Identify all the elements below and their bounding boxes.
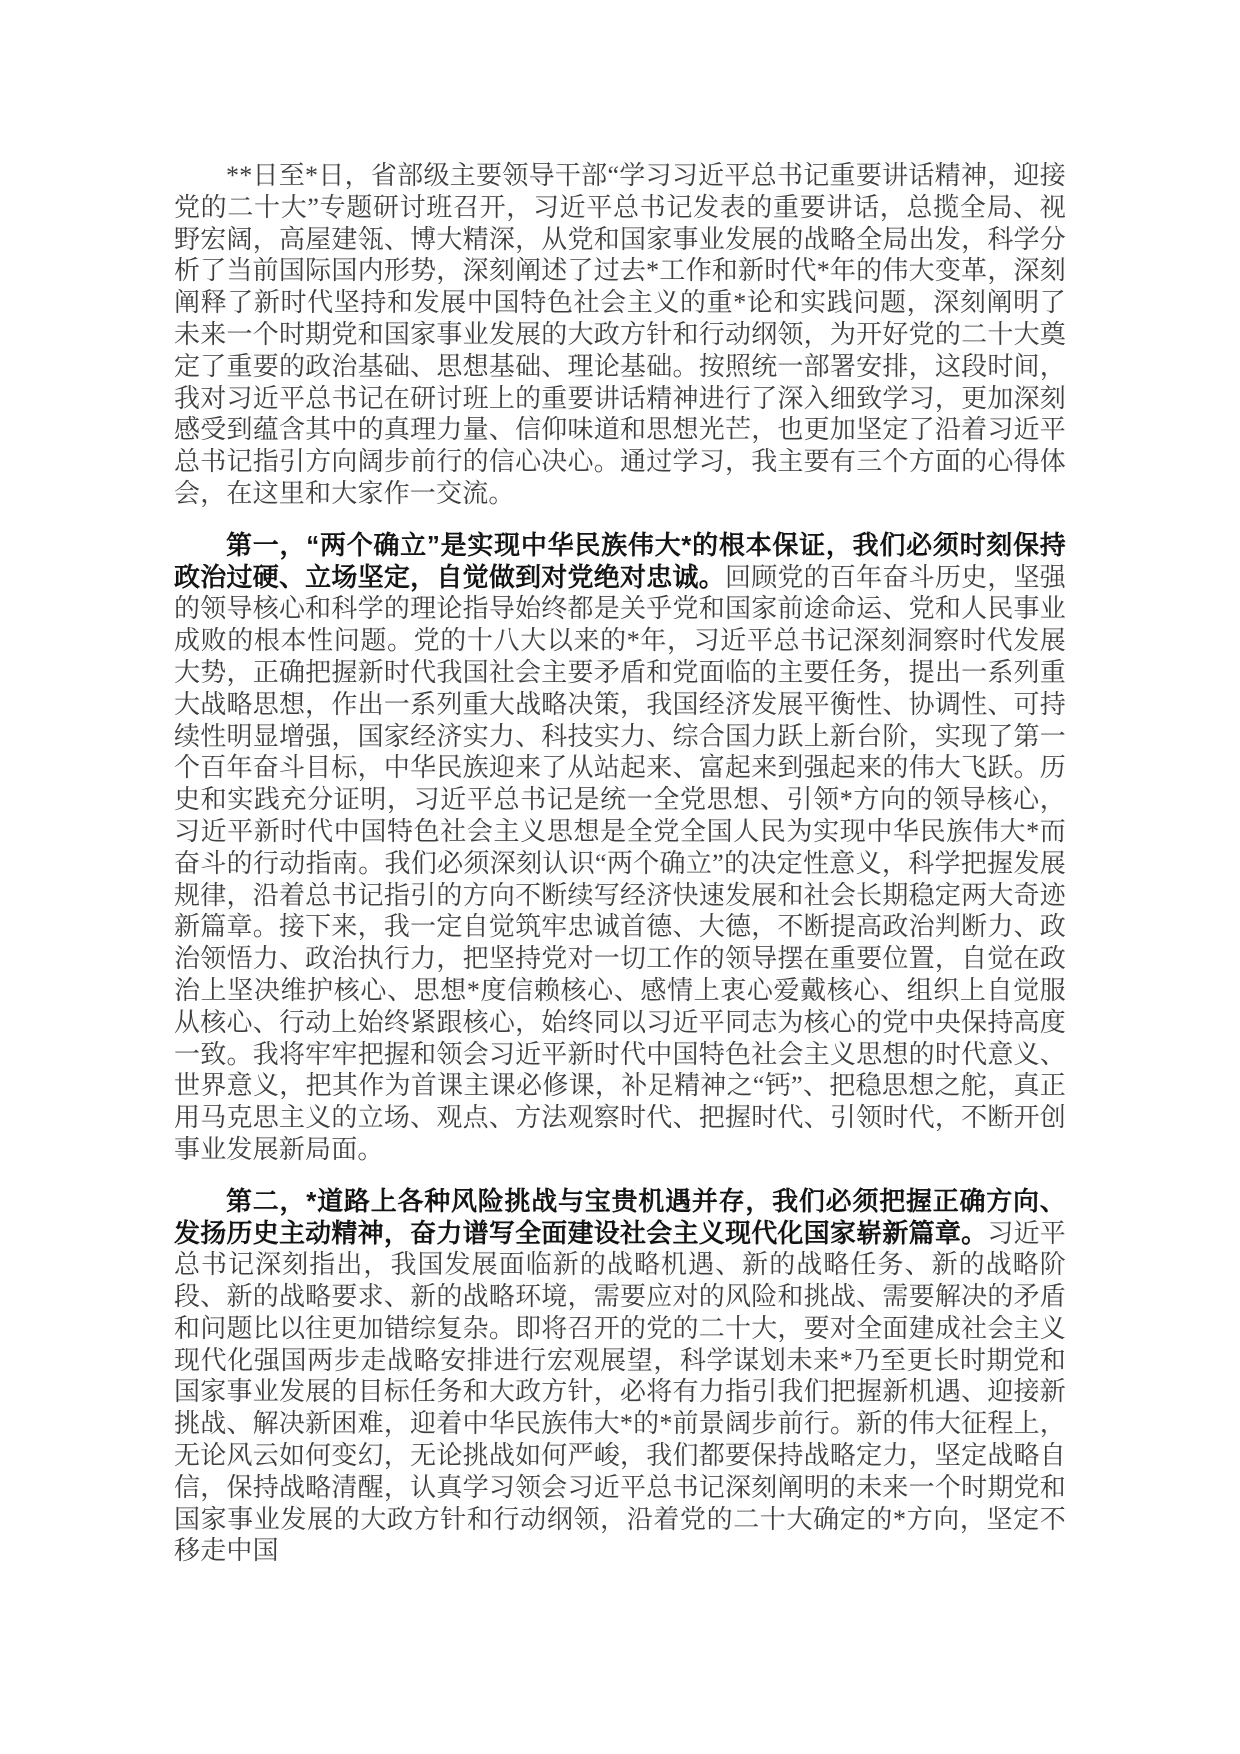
- document-page: **日至*日，省部级主要领导干部“学习习近平总书记重要讲话精神，迎接党的二十大”…: [0, 0, 1240, 1754]
- paragraph-intro-text: **日至*日，省部级主要领导干部“学习习近平总书记重要讲话精神，迎接党的二十大”…: [174, 161, 1066, 508]
- paragraph-point-2: 第二，*道路上各种风险挑战与宝贵机遇并存，我们必须把握正确方向、发扬历史主动精神…: [174, 1186, 1066, 1568]
- paragraph-point-2-text: 习近平总书记深刻指出，我国发展面临新的战略机遇、新的战略任务、新的战略阶段、新的…: [174, 1219, 1066, 1566]
- paragraph-point-1: 第一，“两个确立”是实现中华民族伟大*的根本保证，我们必须时刻保持政治过硬、立场…: [174, 530, 1066, 1166]
- paragraph-intro: **日至*日，省部级主要领导干部“学习习近平总书记重要讲话精神，迎接党的二十大”…: [174, 160, 1066, 510]
- document-body: **日至*日，省部级主要领导干部“学习习近平总书记重要讲话精神，迎接党的二十大”…: [0, 0, 1240, 1567]
- paragraph-point-1-text: 回顾党的百年奋斗历史，坚强的领导核心和科学的理论指导始终都是关乎党和国家前途命运…: [174, 563, 1066, 1164]
- paragraph-point-2-heading: 第二，*道路上各种风险挑战与宝贵机遇并存，我们必须把握正确方向、发扬历史主动精神…: [174, 1186, 1066, 1248]
